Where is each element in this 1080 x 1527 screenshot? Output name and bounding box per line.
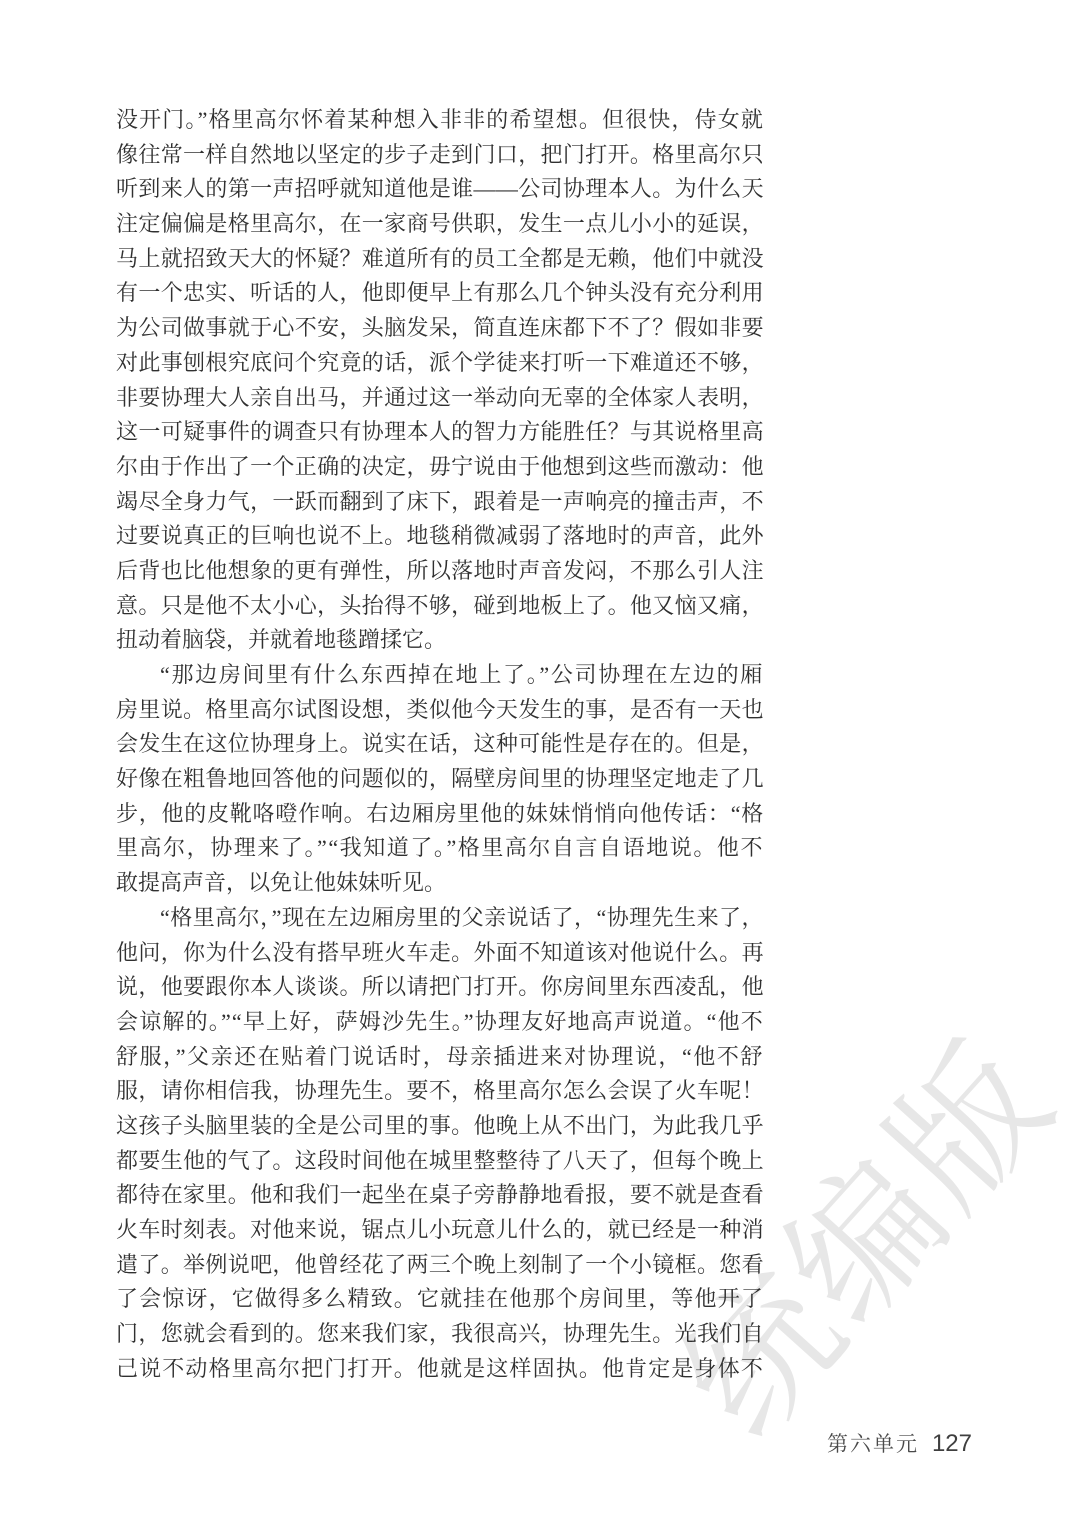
text-line: 后背也比他想象的更有弹性，所以落地时声音发闷，不那么引人注 xyxy=(116,554,764,589)
text-line: 这孩子头脑里装的全是公司里的事。他晚上从不出门，为此我几乎 xyxy=(116,1109,764,1144)
text-line: 有一个忠实、听话的人，他即便早上有那么几个钟头没有充分利用 xyxy=(116,276,764,311)
text-line: 都要生他的气了。这段时间他在城里整整待了八天了，但每个晚上 xyxy=(116,1144,764,1179)
text-line: 没开门。”格里高尔怀着某种想入非非的希望想。但很快，侍女就 xyxy=(116,103,764,138)
text-line: 非要协理大人亲自出马，并通过这一举动向无辜的全体家人表明， xyxy=(116,381,764,416)
text-line: 这一可疑事件的调查只有协理本人的智力方能胜任？与其说格里高 xyxy=(116,415,764,450)
text-line: 己说不动格里高尔把门打开。他就是这样固执。他肯定是身体不 xyxy=(116,1352,764,1387)
text-line: 舒服，”父亲还在贴着门说话时，母亲插进来对协理说，“他不舒 xyxy=(116,1040,764,1075)
text-line: 像往常一样自然地以坚定的步子走到门口，把门打开。格里高尔只 xyxy=(116,138,764,173)
text-line: 注定偏偏是格里高尔，在一家商号供职，发生一点儿小小的延误， xyxy=(116,207,764,242)
text-line: 说，他要跟你本人谈谈。所以请把门打开。你房间里东西凌乱，他 xyxy=(116,970,764,1005)
text-line: 会发生在这位协理身上。说实在话，这种可能性是存在的。但是， xyxy=(116,727,764,762)
text-line: 竭尽全身力气，一跃而翻到了床下，跟着是一声响亮的撞击声，不 xyxy=(116,485,764,520)
text-line: 了会惊讶，它做得多么精致。它就挂在他那个房间里，等他开了 xyxy=(116,1282,764,1317)
text-line: 都待在家里。他和我们一起坐在桌子旁静静地看报，要不就是查看 xyxy=(116,1178,764,1213)
text-line: 听到来人的第一声招呼就知道他是谁——公司协理本人。为什么天 xyxy=(116,172,764,207)
text-line: 会谅解的。”“早上好，萨姆沙先生。”协理友好地高声说道。“他不 xyxy=(116,1005,764,1040)
text-body: 没开门。”格里高尔怀着某种想入非非的希望想。但很快，侍女就像往常一样自然地以坚定… xyxy=(116,103,764,1386)
text-line: 意。只是他不太小心，头抬得不够，碰到地板上了。他又恼又痛， xyxy=(116,589,764,624)
unit-label: 第六单元 xyxy=(827,1428,919,1458)
text-line: 过要说真正的巨响也说不上。地毯稍微减弱了落地时的声音，此外 xyxy=(116,519,764,554)
text-line: 门，您就会看到的。您来我们家，我很高兴，协理先生。光我们自 xyxy=(116,1317,764,1352)
text-line: 尔由于作出了一个正确的决定，毋宁说由于他想到这些而激动：他 xyxy=(116,450,764,485)
text-line: “格里高尔，”现在左边厢房里的父亲说话了，“协理先生来了， xyxy=(116,901,764,936)
text-line: 他问，你为什么没有搭早班火车走。外面不知道该对他说什么。再 xyxy=(116,936,764,971)
textbook-page: 统编版 没开门。”格里高尔怀着某种想入非非的希望想。但很快，侍女就像往常一样自然… xyxy=(0,0,1080,1527)
text-line: 敢提高声音，以免让他妹妹听见。 xyxy=(116,866,764,901)
text-line: 为公司做事就于心不安，头脑发呆，简直连床都下不了？假如非要 xyxy=(116,311,764,346)
text-line: “那边房间里有什么东西掉在地上了。”公司协理在左边的厢 xyxy=(116,658,764,693)
text-line: 里高尔，协理来了。”“我知道了。”格里高尔自言自语地说。他不 xyxy=(116,831,764,866)
page-number: 127 xyxy=(932,1430,972,1458)
text-line: 步，他的皮靴咯噔作响。右边厢房里他的妹妹悄悄向他传话：“格 xyxy=(116,797,764,832)
text-line: 对此事刨根究底问个究竟的话，派个学徒来打听一下难道还不够， xyxy=(116,346,764,381)
text-line: 服，请你相信我，协理先生。要不，格里高尔怎么会误了火车呢！ xyxy=(116,1074,764,1109)
text-line: 扭动着脑袋，并就着地毯蹭揉它。 xyxy=(116,623,764,658)
text-line: 马上就招致天大的怀疑？难道所有的员工全都是无赖，他们中就没 xyxy=(116,242,764,277)
page-footer: 第六单元 127 xyxy=(827,1428,972,1458)
text-line: 好像在粗鲁地回答他的问题似的，隔壁房间里的协理坚定地走了几 xyxy=(116,762,764,797)
text-line: 房里说。格里高尔试图设想，类似他今天发生的事，是否有一天也 xyxy=(116,693,764,728)
text-line: 火车时刻表。对他来说，锯点儿小玩意儿什么的，就已经是一种消 xyxy=(116,1213,764,1248)
text-line: 遣了。举例说吧，他曾经花了两三个晚上刻制了一个小镜框。您看 xyxy=(116,1248,764,1283)
